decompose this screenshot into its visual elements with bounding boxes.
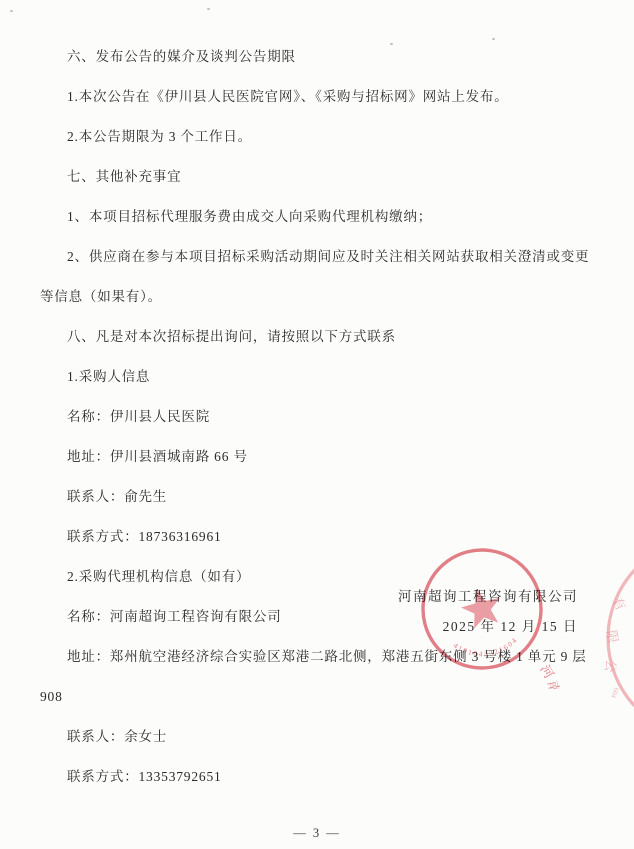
line-supplier-notice-cont: 等信息（如果有）。 bbox=[40, 284, 594, 311]
line-section-6-heading: 六、发布公告的媒介及谈判公告期限 bbox=[40, 44, 594, 71]
signature-block: 河南超询工程咨询有限公司 2025 年 12 月 15 日 bbox=[398, 582, 578, 642]
signature-company: 河南超询工程咨询有限公司 bbox=[398, 582, 578, 612]
line-section-7-heading: 七、其他补充事宜 bbox=[40, 164, 594, 191]
document-page: 六、发布公告的媒介及谈判公告期限 1.本次公告在《伊川县人民医院官网》、《采购与… bbox=[0, 0, 634, 849]
line-purchaser-contact: 联系人：俞先生 bbox=[40, 484, 594, 511]
partial-seal-char: 限 bbox=[604, 629, 621, 644]
line-purchaser-phone: 联系方式：18736316961 bbox=[40, 524, 594, 551]
partial-seal-digits: 604 bbox=[609, 686, 621, 699]
line-supplier-notice: 2、供应商在参与本项目招标采购活动期间应及时关注相关网站获取相关澄清或变更 bbox=[40, 244, 594, 271]
scan-speck bbox=[492, 38, 495, 40]
partial-seal-char: 公 bbox=[602, 659, 619, 674]
line-agency-phone: 联系方式：13353792651 bbox=[40, 764, 594, 791]
partial-seal-char: 有 bbox=[609, 594, 628, 613]
scan-speck bbox=[10, 10, 13, 12]
line-agency-address-cont: 908 bbox=[40, 684, 594, 711]
line-agency-fee: 1、本项目招标代理服务费由成交人向采购代理机构缴纳； bbox=[40, 204, 594, 231]
line-announcement-period: 2.本公告期限为 3 个工作日。 bbox=[40, 124, 594, 151]
line-purchaser-info-heading: 1.采购人信息 bbox=[40, 364, 594, 391]
line-agency-address: 地址：郑州航空港经济综合实验区郑港二路北侧，郑港五街东侧 3 号楼 1 单元 9… bbox=[40, 644, 594, 671]
scan-speck bbox=[390, 43, 393, 45]
document-body: 六、发布公告的媒介及谈判公告期限 1.本次公告在《伊川县人民医院官网》、《采购与… bbox=[40, 30, 594, 804]
partial-seal-ring bbox=[608, 545, 634, 730]
line-section-8-heading: 八、凡是对本次招标提出询问，请按照以下方式联系 bbox=[40, 324, 594, 351]
line-publish-media: 1.本次公告在《伊川县人民医院官网》、《采购与招标网》网站上发布。 bbox=[40, 84, 594, 111]
signature-date: 2025 年 12 月 15 日 bbox=[398, 612, 578, 642]
scan-speck bbox=[207, 8, 210, 10]
line-agency-contact: 联系人：余女士 bbox=[40, 724, 594, 751]
page-number: — 3 — bbox=[0, 826, 634, 841]
line-purchaser-name: 名称：伊川县人民医院 bbox=[40, 404, 594, 431]
line-purchaser-address: 地址：伊川县酒城南路 66 号 bbox=[40, 444, 594, 471]
